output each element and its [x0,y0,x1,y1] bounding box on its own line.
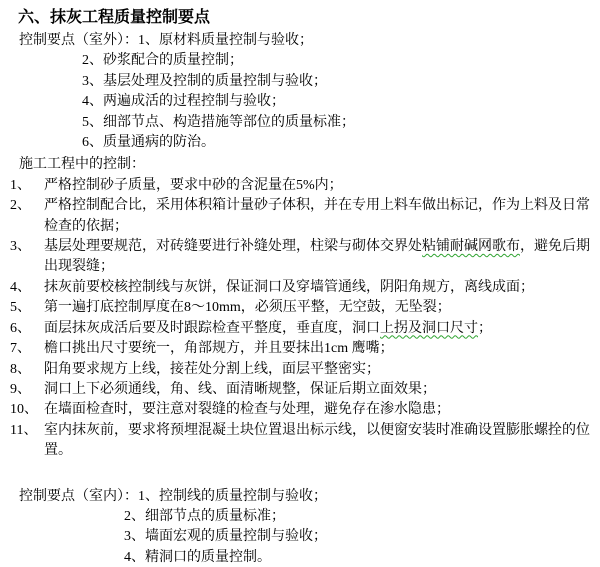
exterior-first-item: 1、原材料质量控制与验收； [138,33,313,48]
item-number: 11、 [10,421,44,462]
item-text: 面层抹灰成活后要及时跟踪检查平整度，垂直度，洞口上拐及洞口尺寸； [44,319,600,339]
exterior-sub-item: 2、砂浆配合的质量控制； [82,51,600,71]
list-item: 10、在墙面检查时，要注意对裂缝的检查与处理，避免存在渗水隐患； [10,400,600,420]
interior-sub-item: 3、墙面宏观的质量控制与验收； [124,527,600,547]
item-text: 在墙面检查时，要注意对裂缝的检查与处理，避免存在渗水隐患； [44,400,600,420]
item-number: 10、 [10,400,44,420]
text-segment: 第一遍打底控制厚度在8～10mm，必须压平整，无空鼓，无坠裂； [44,300,451,315]
list-item: 3、基层处理要规范，对砖缝要进行补缝处理，柱梁与砌体交界处粘铺耐碱网歌布，避免后… [10,237,600,278]
text-segment: 在墙面检查时，要注意对裂缝的检查与处理，避免存在渗水隐患； [44,402,450,417]
item-number: 9、 [10,380,44,400]
item-text: 严格控制配合比，采用体积箱计量砂子体积，并在专用上料车做出标记，作为上料及日常检… [44,196,600,237]
item-number: 4、 [10,278,44,298]
process-heading: 施工工程中的控制： [19,155,600,175]
item-number: 8、 [10,360,44,380]
text-segment: 室内抹灰前，要求将预埋混凝土块位置退出标示线，以便窗安装时准确设置膨胀螺拴的位置… [44,423,590,458]
interior-sub-item: 2、细部节点的质量标准； [124,507,600,527]
interior-item-list: 2、细部节点的质量标准；3、墙面宏观的质量控制与验收；4、精洞口的质量控制。 [0,507,600,567]
item-number: 2、 [10,196,44,237]
page-title: 六、抹灰工程质量控制要点 [18,7,600,29]
item-text: 严格控制砂子质量，要求中砂的含泥量在5%内； [44,176,600,196]
document-page: 六、抹灰工程质量控制要点 控制要点（室外）：1、原材料质量控制与验收； 2、砂浆… [0,0,600,567]
list-item: 9、洞口上下必须通线，角、线、面清晰规整，保证后期立面效果； [10,380,600,400]
list-item: 7、檐口挑出尺寸要统一，角部规方，并且要抹出1cm 鹰嘴； [10,339,600,359]
item-number: 5、 [10,298,44,318]
item-number: 7、 [10,339,44,359]
item-text: 洞口上下必须通线，角、线、面清晰规整，保证后期立面效果； [44,380,600,400]
exterior-sub-item: 3、基层处理及控制的质量控制与验收； [82,72,600,92]
spellcheck-flagged-text: 粘铺耐碱网歌布 [422,239,520,254]
exterior-sub-item: 6、质量通病的防治。 [82,133,600,153]
exterior-sub-item: 4、两遍成活的过程控制与验收； [82,92,600,112]
item-text: 第一遍打底控制厚度在8～10mm，必须压平整，无空鼓，无坠裂； [44,298,600,318]
exterior-lead-row: 控制要点（室外）：1、原材料质量控制与验收； [19,31,600,51]
list-item: 5、第一遍打底控制厚度在8～10mm，必须压平整，无空鼓，无坠裂； [10,298,600,318]
text-segment: 檐口挑出尺寸要统一，角部规方，并且要抹出1cm 鹰嘴； [44,341,394,356]
exterior-lead-label: 控制要点（室外）： [19,33,138,48]
list-item: 8、阳角要求规方上线，接茬处分割上线，面层平整密实； [10,360,600,380]
spellcheck-flagged-text: 上拐及洞口尺寸 [380,321,478,336]
list-item: 6、面层抹灰成活后要及时跟踪检查平整度，垂直度，洞口上拐及洞口尺寸； [10,319,600,339]
item-text: 基层处理要规范，对砖缝要进行补缝处理，柱梁与砌体交界处粘铺耐碱网歌布，避免后期出… [44,237,600,278]
interior-first-item: 1、控制线的质量控制与验收； [138,489,327,504]
item-text: 阳角要求规方上线，接茬处分割上线，面层平整密实； [44,360,600,380]
list-item: 11、室内抹灰前，要求将预埋混凝土块位置退出标示线，以便窗安装时准确设置膨胀螺拴… [10,421,600,462]
list-item: 1、严格控制砂子质量，要求中砂的含泥量在5%内； [10,176,600,196]
text-segment: 基层处理要规范，对砖缝要进行补缝处理，柱梁与砌体交界处 [44,239,422,254]
list-item: 4、抹灰前要校核控制线与灰饼，保证洞口及穿墙管通线，阴阳角规方，离线成面； [10,278,600,298]
item-text: 抹灰前要校核控制线与灰饼，保证洞口及穿墙管通线，阴阳角规方，离线成面； [44,278,600,298]
text-segment: 面层抹灰成活后要及时跟踪检查平整度，垂直度，洞口 [44,321,380,336]
text-segment: 抹灰前要校核控制线与灰饼，保证洞口及穿墙管通线，阴阳角规方，离线成面； [44,280,534,295]
exterior-item-list: 2、砂浆配合的质量控制；3、基层处理及控制的质量控制与验收；4、两遍成活的过程控… [0,51,600,153]
process-item-list: 1、严格控制砂子质量，要求中砂的含泥量在5%内；2、严格控制配合比，采用体积箱计… [0,176,600,462]
text-segment: 严格控制配合比，采用体积箱计量砂子体积，并在专用上料车做出标记，作为上料及日常检… [44,198,590,233]
item-text: 室内抹灰前，要求将预埋混凝土块位置退出标示线，以便窗安装时准确设置膨胀螺拴的位置… [44,421,600,462]
item-number: 1、 [10,176,44,196]
text-segment: 严格控制砂子质量，要求中砂的含泥量在5%内； [44,178,343,193]
interior-lead-row: 控制要点（室内）：1、控制线的质量控制与验收； [19,487,600,507]
exterior-sub-item: 5、细部节点、构造措施等部位的质量标准； [82,113,600,133]
item-text: 檐口挑出尺寸要统一，角部规方，并且要抹出1cm 鹰嘴； [44,339,600,359]
text-segment: 阳角要求规方上线，接茬处分割上线，面层平整密实； [44,362,380,377]
item-number: 3、 [10,237,44,278]
interior-lead-label: 控制要点（室内）： [19,489,138,504]
text-segment: ； [478,321,492,336]
text-segment: 洞口上下必须通线，角、线、面清晰规整，保证后期立面效果； [44,382,436,397]
interior-sub-item: 4、精洞口的质量控制。 [124,548,600,567]
item-number: 6、 [10,319,44,339]
list-item: 2、严格控制配合比，采用体积箱计量砂子体积，并在专用上料车做出标记，作为上料及日… [10,196,600,237]
